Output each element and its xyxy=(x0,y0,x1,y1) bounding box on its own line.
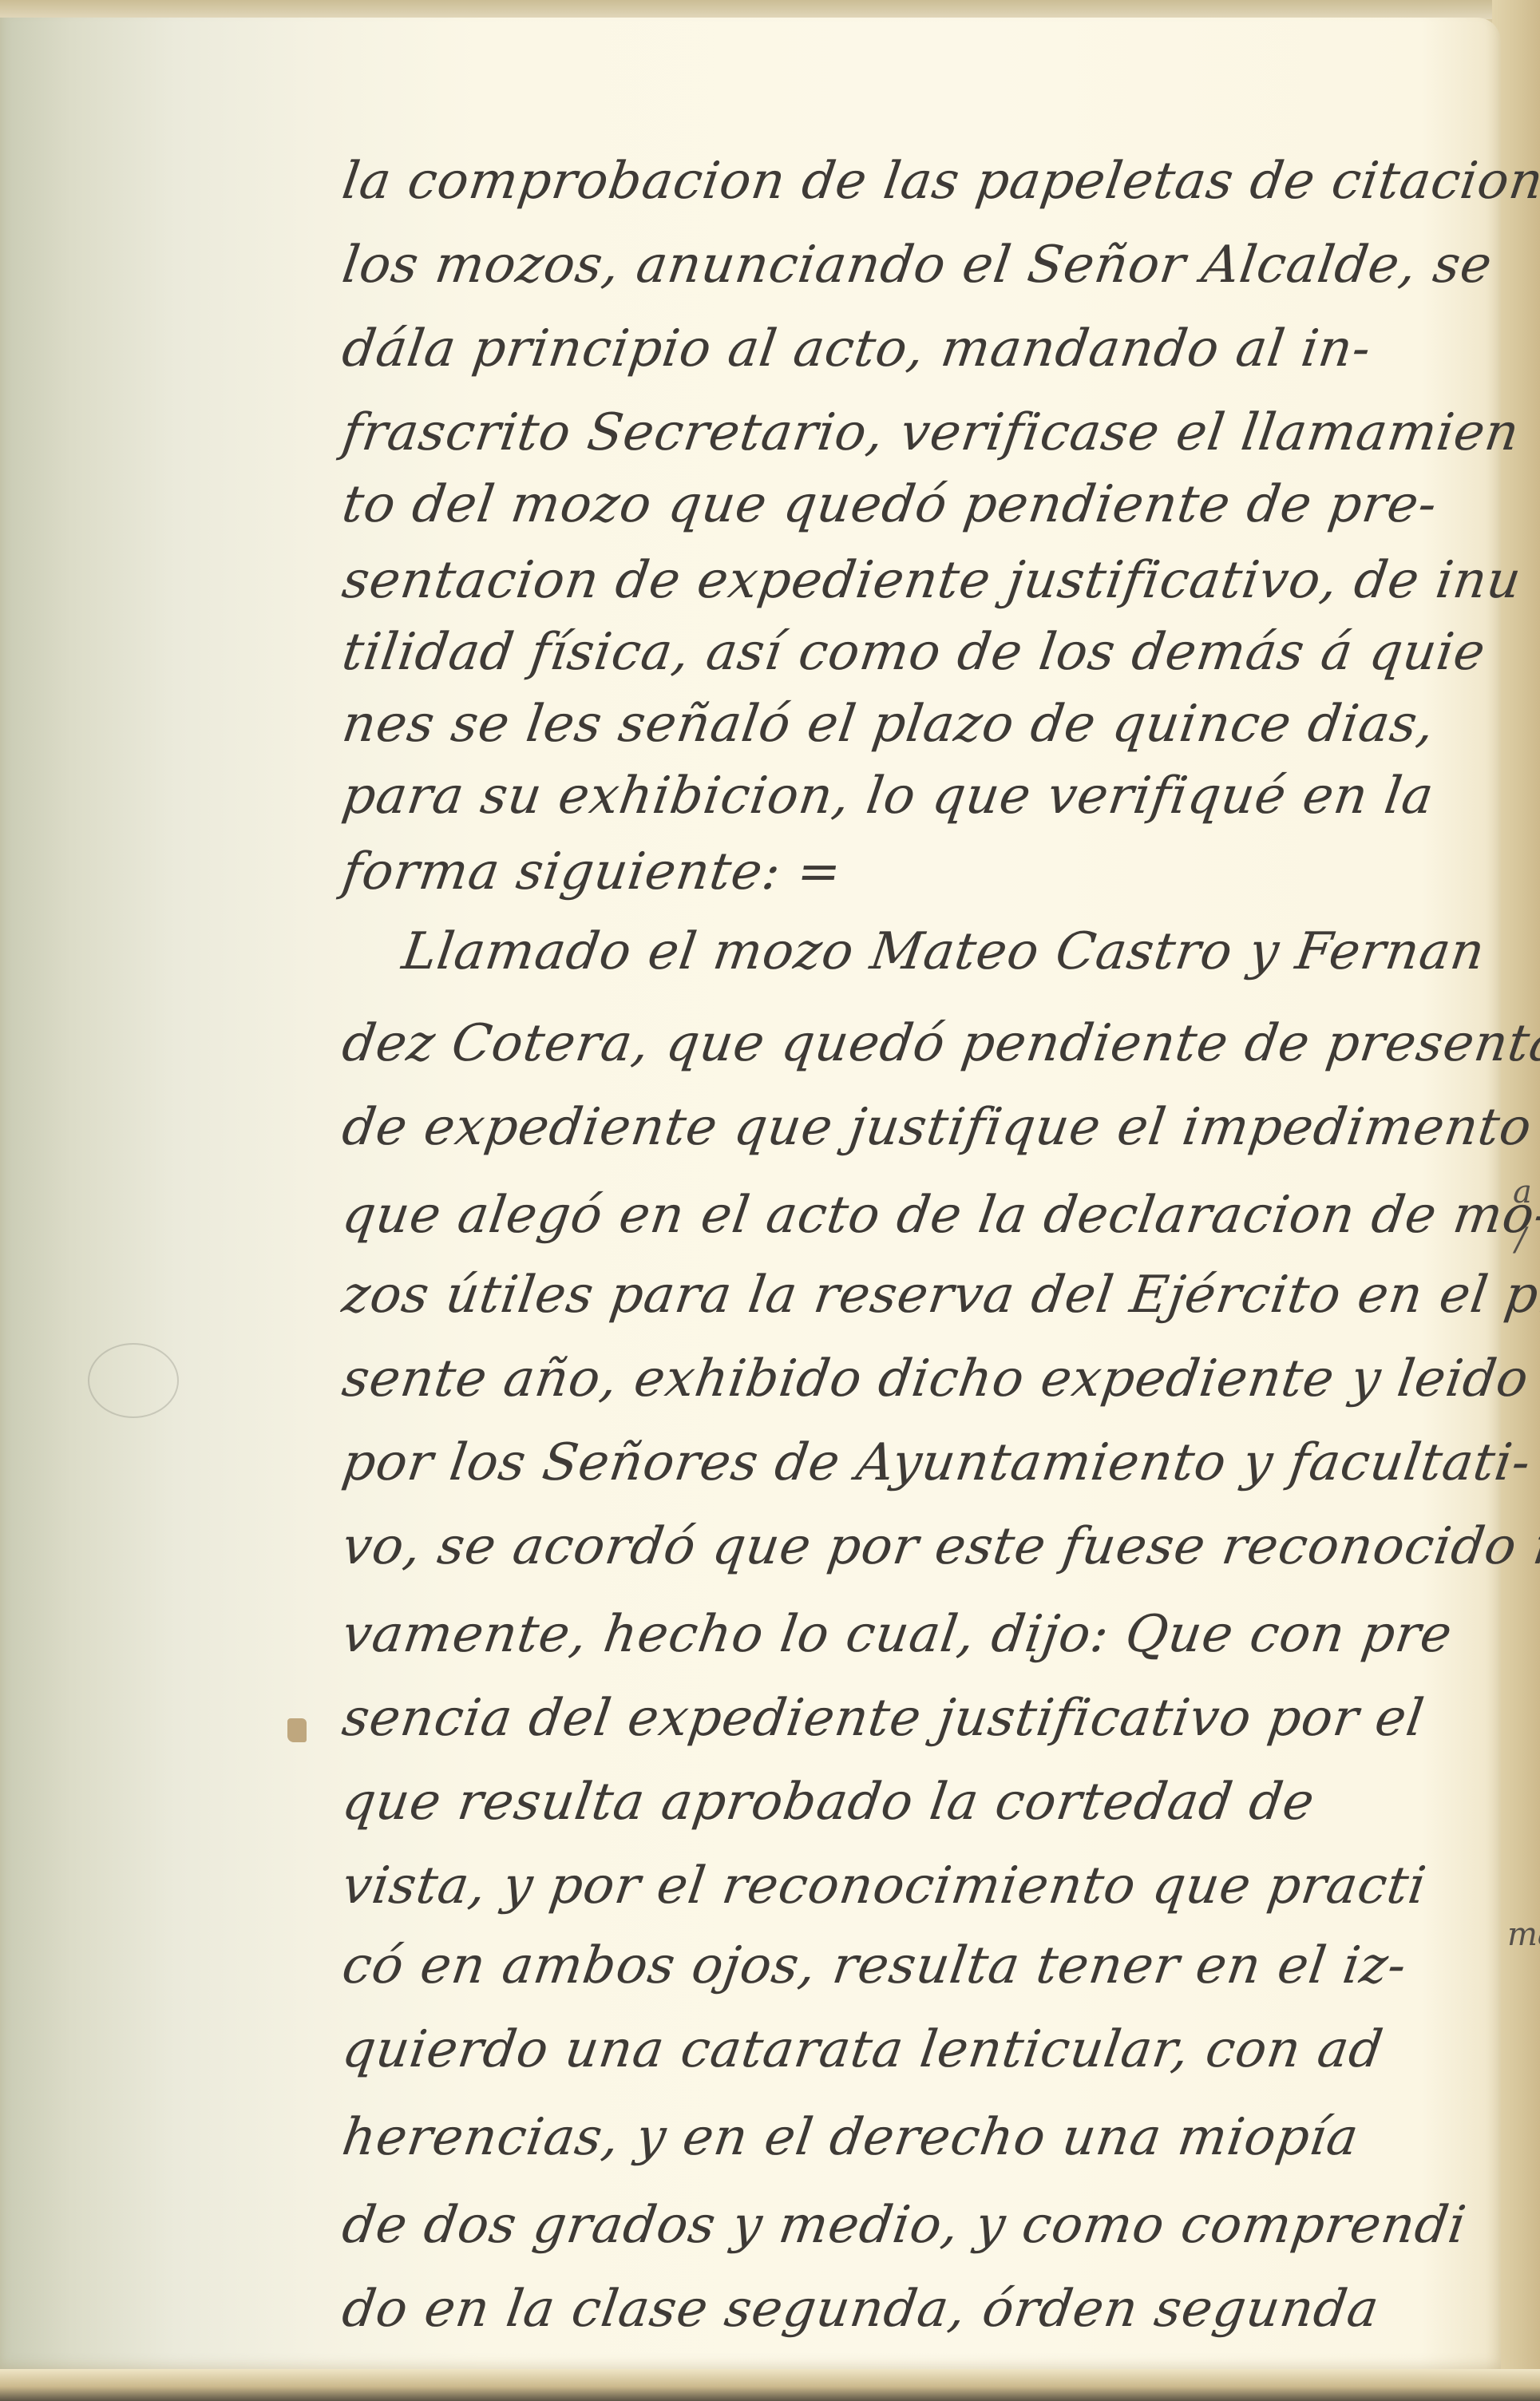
text-line-7: tilidad física, así como de los demás á … xyxy=(339,627,1512,678)
manuscript-scan: la comprobacion de las papeletas de cita… xyxy=(0,0,1540,2401)
paper-stain xyxy=(287,1718,307,1742)
text-line-18: vo, se acordó que por este fuese reconoc… xyxy=(339,1521,1512,1572)
text-line-23: có en ambos ojos, resulta tener en el iz… xyxy=(339,1940,1512,1991)
text-line-25: herencias, y en el derecho una miopía xyxy=(339,2112,1512,2163)
text-line-22: vista, y por el reconocimiento que pract… xyxy=(339,1860,1512,1912)
text-line-15: zos útiles para la reserva del Ejército … xyxy=(339,1270,1512,1321)
text-line-17: por los Señores de Ayuntamiento y facult… xyxy=(339,1437,1512,1488)
text-line-16: sente año, exhibido dicho expediente y l… xyxy=(339,1353,1512,1405)
text-line-19: vamente, hecho lo cual, dijo: Que con pr… xyxy=(339,1609,1512,1660)
text-line-13: de expediente que justifique el impedime… xyxy=(339,1102,1512,1153)
text-line-5: to del mozo que quedó pendiente de pre- xyxy=(339,479,1512,530)
text-line-1: la comprobacion de las papeletas de cita… xyxy=(339,156,1512,207)
text-line-4: frascrito Secretario, verificase el llam… xyxy=(339,407,1512,458)
page-bottom-edge xyxy=(0,2369,1540,2401)
text-line-27: do en la clase segunda, órden segunda xyxy=(339,2284,1512,2335)
page-top-edge xyxy=(0,0,1540,19)
text-line-20: sencia del expediente justificativo por … xyxy=(339,1693,1512,1744)
text-line-8: nes se les señaló el plazo de quince dia… xyxy=(339,699,1512,750)
margin-mark-3: ma xyxy=(1507,1916,1540,1953)
text-line-2: los mozos, anunciando el Señor Alcalde, … xyxy=(339,240,1512,291)
text-line-6: sentacion de expediente justificativo, d… xyxy=(339,555,1512,606)
text-line-12: dez Cotera, que quedó pendiente de prese… xyxy=(339,1018,1512,1069)
text-line-21: que resulta aprobado la cortedad de xyxy=(339,1777,1512,1828)
text-line-14: que alegó en el acto de la declaracion d… xyxy=(339,1190,1512,1241)
text-line-10: forma siguiente: = xyxy=(339,846,1512,897)
text-line-9: para su exhibicion, lo que verifiqué en … xyxy=(339,771,1512,822)
text-line-24: quierdo una catarata lenticular, con ad xyxy=(339,2024,1512,2075)
text-line-3: dála principio al acto, mandando al in- xyxy=(339,323,1512,374)
faint-pencil-sketch xyxy=(88,1343,179,1418)
text-line-26: de dos grados y medio, y como comprendi xyxy=(339,2200,1512,2251)
text-line-11: Llamado el mozo Mateo Castro y Fernan xyxy=(399,926,1540,977)
margin-mark-2: / xyxy=(1515,1222,1526,1258)
margin-mark-1: a xyxy=(1513,1174,1532,1210)
